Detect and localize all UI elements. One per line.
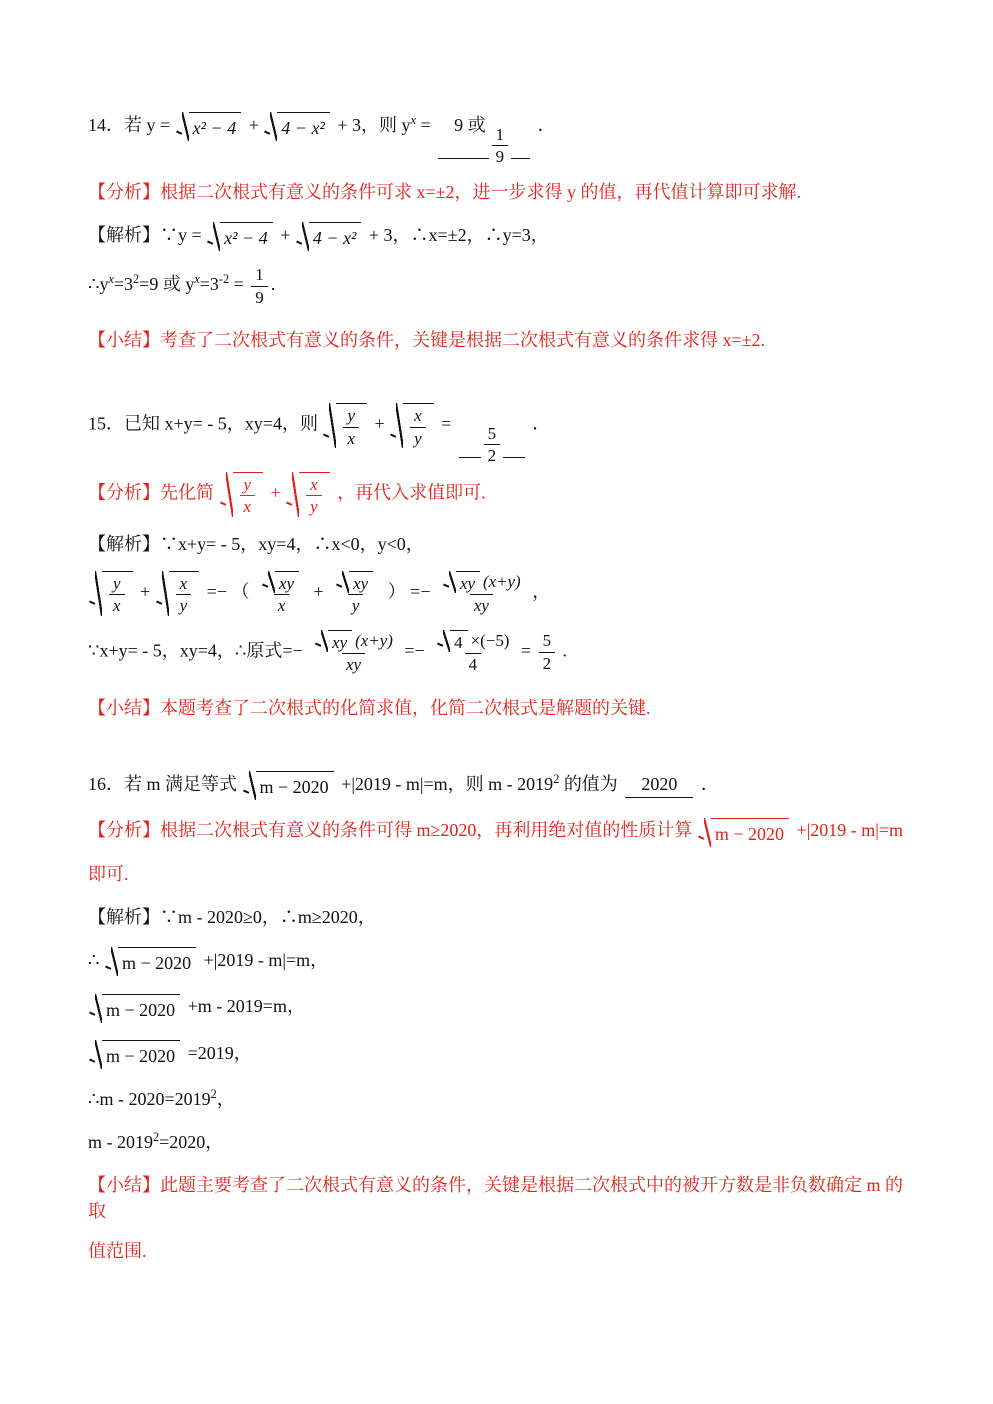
- fraction: 19: [489, 125, 511, 167]
- solution-text: =3: [200, 275, 219, 295]
- answer-blank: 2020: [625, 771, 693, 798]
- solution-text: =− （: [207, 581, 250, 601]
- problem-14-solution-line-2: ∴yx=32=9 或 yx=3-2 = 19.: [88, 265, 907, 307]
- exponent: x: [411, 113, 416, 127]
- numerator-text: (x+y): [355, 631, 393, 650]
- question-text: 15．已知 x+y= - 5，xy=4，则: [88, 414, 318, 434]
- radical-sign-icon: [221, 472, 233, 517]
- radicand: 4: [454, 633, 462, 652]
- radical-sign-icon: [699, 818, 711, 847]
- operator: +: [271, 482, 281, 502]
- fraction: yx: [343, 406, 359, 448]
- solution-text: ∴: [88, 950, 99, 970]
- solution-text: =9 或 y: [139, 275, 194, 295]
- summary-text: 【小结】此题主要考查了二次根式有意义的条件，关键是根据二次根式中的被开方数是非负…: [88, 1175, 903, 1221]
- fraction: 52: [539, 631, 555, 673]
- radical-expression: xy: [337, 571, 373, 593]
- radical-sign-icon: [337, 571, 349, 593]
- radicand: m − 2020: [106, 1043, 175, 1069]
- summary-text: 【小结】考查了二次根式有意义的条件，关键是根据二次根式有意义的条件求得 x=±2…: [88, 330, 765, 350]
- fraction: xyy: [331, 571, 380, 616]
- problem-16-summary-line-2: 值范围.: [88, 1238, 907, 1264]
- radical-sign-icon: [287, 472, 299, 517]
- radical-sign-icon: [438, 630, 450, 652]
- fraction: xy(x+y)xy: [438, 571, 525, 616]
- radicand: m − 2020: [106, 997, 175, 1023]
- radical-sign-icon: [90, 1040, 102, 1069]
- radical-sign-icon: [157, 571, 169, 616]
- radical-sign-icon: [177, 112, 189, 141]
- analysis-text: 【分析】根据二次根式有意义的条件可求 x=±2，进一步求得 y 的值，再代值计算…: [88, 182, 801, 202]
- problem-16-solution-line-5: ∴m - 2020=20192，: [88, 1086, 907, 1112]
- fraction: 52: [481, 424, 503, 466]
- period: ．: [538, 115, 556, 135]
- problem-16-solution-line-4: m − 2020 =2019，: [88, 1040, 907, 1069]
- radical-sign-icon: [444, 571, 456, 593]
- period: .: [271, 275, 276, 295]
- radical-sign-icon: [106, 947, 118, 976]
- radical-sign-icon: [324, 403, 336, 448]
- analysis-text: 即可.: [88, 864, 129, 884]
- problem-16-solution-line-1: 【解析】∵m - 2020≥0，∴m≥2020，: [88, 904, 907, 930]
- solution-text: 【解析】∵m - 2020≥0，∴m≥2020，: [88, 907, 376, 927]
- radical-sign-icon: [90, 994, 102, 1023]
- equals-sign: =: [441, 414, 451, 434]
- answer-blank: 9 或 19: [438, 112, 530, 159]
- fraction: yx: [240, 475, 256, 517]
- summary-text: 值范围.: [88, 1241, 147, 1261]
- question-text: +|2019 - m|=m，则 m - 2019: [341, 774, 553, 794]
- problem-14-solution-line-1: 【解析】∵y = x² − 4 + 4 − x² + 3，∴x=±2，∴y=3，: [88, 222, 907, 251]
- numerator-text: (x+y): [483, 572, 521, 591]
- radical-expression: m − 2020: [244, 771, 334, 800]
- problem-16-solution-line-3: m − 2020 +m - 2019=m，: [88, 993, 907, 1022]
- answer-blank: 52: [459, 415, 525, 458]
- operator: =−: [404, 640, 424, 660]
- radicand: xy: [279, 574, 294, 593]
- solution-text: +m - 2019=m，: [188, 996, 305, 1016]
- problem-15-analysis: 【分析】先化简 yx + xy ，再代入求值即可.: [88, 472, 907, 517]
- radicand: xy: [332, 633, 347, 652]
- solution-text: + 3，∴x=±2，∴y=3，: [369, 225, 549, 245]
- radical-expression: xy: [287, 472, 330, 517]
- operator: +: [249, 115, 259, 135]
- radical-expression: xy: [157, 571, 200, 616]
- equals-sign: =: [521, 640, 531, 660]
- radical-expression: yx: [221, 472, 264, 517]
- radicand: 4 − x²: [313, 225, 357, 251]
- fraction: 19: [251, 265, 267, 307]
- radical-expression: xy: [263, 571, 299, 593]
- solution-text: ∵x+y= - 5，xy=4，∴原式=−: [88, 640, 303, 660]
- question-text: + 3，则 y: [337, 115, 410, 135]
- solution-text: ） =−: [388, 581, 431, 601]
- problem-14-summary: 【小结】考查了二次根式有意义的条件，关键是根据二次根式有意义的条件求得 x=±2…: [88, 327, 907, 353]
- comma: ，: [217, 1089, 235, 1109]
- numerator-text: ×(−5): [471, 631, 510, 650]
- radical-expression: yx: [90, 571, 133, 616]
- answer-text: 9 或: [454, 112, 486, 138]
- problem-15-solution-line-1: 【解析】∵x+y= - 5，xy=4，∴x<0，y<0，: [88, 531, 907, 557]
- radicand: xy: [353, 574, 368, 593]
- radical-sign-icon: [208, 222, 220, 251]
- operator: +: [314, 581, 324, 601]
- problem-15-solution-line-3: ∵x+y= - 5，xy=4，∴原式=− xy(x+y)xy =− 4×(−5)…: [88, 630, 907, 675]
- problem-14-analysis: 【分析】根据二次根式有意义的条件可求 x=±2，进一步求得 y 的值，再代值计算…: [88, 179, 907, 205]
- radical-sign-icon: [391, 403, 403, 448]
- question-text: 16．若 m 满足等式: [88, 774, 237, 794]
- analysis-text: 【分析】先化简: [88, 482, 214, 502]
- fraction: xy: [176, 574, 192, 616]
- solution-text: =2019，: [188, 1043, 252, 1063]
- radical-sign-icon: [244, 771, 256, 800]
- summary-text: 【小结】本题考查了二次根式的化简求值，化简二次根式是解题的关键.: [88, 698, 651, 718]
- operator: +: [374, 414, 384, 434]
- fraction: xyx: [257, 571, 306, 616]
- radicand: 4 − x²: [281, 115, 325, 141]
- question-text: 的值为: [564, 774, 618, 794]
- exponent: -2: [219, 273, 229, 287]
- solution-text: ∴y: [88, 275, 108, 295]
- analysis-text: ，再代入求值即可.: [337, 482, 486, 502]
- radicand: m − 2020: [122, 950, 191, 976]
- radical-expression: x² − 4: [177, 112, 242, 141]
- radicand: xy: [460, 574, 475, 593]
- solution-text: 【解析】∵x+y= - 5，xy=4，∴x<0，y<0，: [88, 534, 424, 554]
- problem-14-statement: 14．若 y = x² − 4 + 4 − x² + 3，则 yx = 9 或 …: [88, 112, 907, 159]
- solution-text: =2020，: [159, 1132, 223, 1152]
- analysis-text: +|2019 - m|=m: [797, 820, 904, 840]
- radical-expression: m − 2020: [90, 1040, 180, 1069]
- fraction: 4×(−5)4: [432, 630, 513, 675]
- problem-15-statement: 15．已知 x+y= - 5，xy=4，则 yx + xy = 52 ．: [88, 403, 907, 457]
- problem-16-analysis-line-2: 即可.: [88, 861, 907, 887]
- radicand: m − 2020: [260, 774, 329, 800]
- solution-text: 【解析】∵y =: [88, 225, 202, 245]
- radicand: x² − 4: [193, 115, 237, 141]
- fraction: yx: [109, 574, 125, 616]
- exponent: 2: [553, 772, 559, 786]
- radical-expression: x² − 4: [208, 222, 273, 251]
- analysis-text: 【分析】根据二次根式有意义的条件可得 m≥2020，再利用绝对值的性质计算: [88, 820, 692, 840]
- fraction: xy: [306, 475, 322, 517]
- comma: ，: [532, 581, 550, 601]
- problem-15-summary: 【小结】本题考查了二次根式的化简求值，化简二次根式是解题的关键.: [88, 695, 907, 721]
- problem-16-statement: 16．若 m 满足等式 m − 2020 +|2019 - m|=m，则 m -…: [88, 771, 907, 800]
- problem-16-solution-line-2: ∴ m − 2020 +|2019 - m|=m，: [88, 947, 907, 976]
- radical-sign-icon: [263, 571, 275, 593]
- radical-expression: m − 2020: [106, 947, 196, 976]
- period: .: [563, 640, 568, 660]
- problem-16-solution-line-6: m - 20192=2020，: [88, 1129, 907, 1155]
- solution-text: ∴m - 2020=2019: [88, 1089, 211, 1109]
- period: ．: [701, 774, 719, 794]
- answer-text: 2020: [641, 771, 677, 797]
- period: ．: [532, 414, 550, 434]
- fraction: xy(x+y)xy: [310, 630, 397, 675]
- problem-16-summary-line-1: 【小结】此题主要考查了二次根式有意义的条件，关键是根据二次根式中的被开方数是非负…: [88, 1172, 907, 1224]
- operator: +: [280, 225, 290, 245]
- radical-expression: xy: [444, 571, 480, 593]
- solution-text: +|2019 - m|=m，: [204, 950, 329, 970]
- solution-text: =3: [114, 275, 133, 295]
- equals-sign: =: [421, 115, 431, 135]
- radical-expression: xy: [316, 630, 352, 652]
- radical-sign-icon: [265, 112, 277, 141]
- radicand: m − 2020: [715, 821, 784, 847]
- radical-sign-icon: [316, 630, 328, 652]
- radical-expression: 4 − x²: [297, 222, 362, 251]
- radical-expression: m − 2020: [90, 994, 180, 1023]
- radical-expression: 4 − x²: [265, 112, 330, 141]
- operator: +: [140, 581, 150, 601]
- radical-sign-icon: [90, 571, 102, 616]
- radical-expression: xy: [391, 403, 434, 448]
- radicand: x² − 4: [224, 225, 268, 251]
- worksheet-page: 14．若 y = x² − 4 + 4 − x² + 3，则 yx = 9 或 …: [0, 0, 993, 1404]
- radical-expression: 4: [438, 630, 467, 652]
- question-text: 14．若 y =: [88, 115, 170, 135]
- radical-expression: m − 2020: [699, 818, 789, 847]
- problem-15-solution-line-2: yx + xy =− （ xyx + xyy ） =− xy(x+y)xy ，: [88, 571, 907, 616]
- radical-sign-icon: [297, 222, 309, 251]
- radical-expression: yx: [324, 403, 367, 448]
- fraction: xy: [410, 406, 426, 448]
- solution-text: m - 2019: [88, 1132, 153, 1152]
- equals-sign: =: [234, 275, 244, 295]
- problem-16-analysis-line-1: 【分析】根据二次根式有意义的条件可得 m≥2020，再利用绝对值的性质计算 m …: [88, 817, 907, 846]
